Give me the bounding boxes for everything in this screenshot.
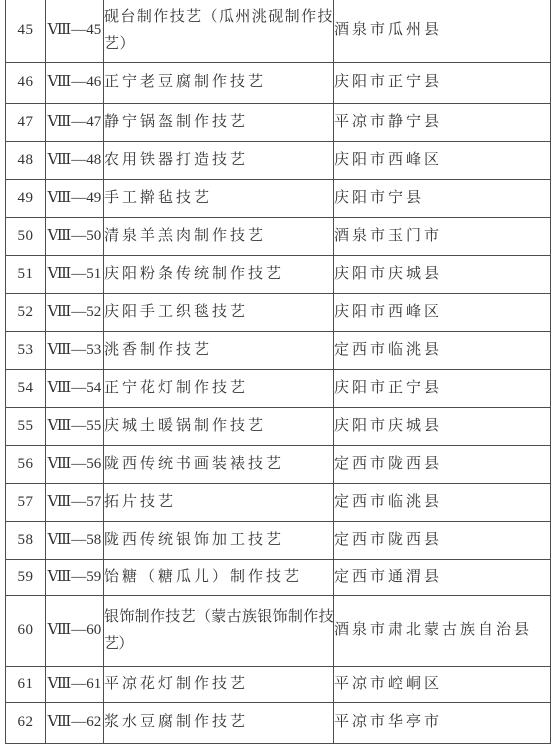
cell-name: 庆阳粉条传统制作技艺 xyxy=(104,255,334,293)
cell-name: 饴糖（糖瓜儿）制作技艺 xyxy=(104,559,334,595)
cell-place: 庆阳市庆城县 xyxy=(334,407,551,445)
cell-number: 53 xyxy=(6,331,46,369)
cell-code: Ⅷ—55 xyxy=(46,407,104,445)
cell-place: 酒泉市肃北蒙古族自治县 xyxy=(334,595,551,666)
cell-code: Ⅷ—53 xyxy=(46,331,104,369)
cell-place: 平凉市崆峒区 xyxy=(334,666,551,702)
cell-code: Ⅷ—47 xyxy=(46,103,104,141)
cell-number: 57 xyxy=(6,483,46,521)
cell-name: 洮香制作技艺 xyxy=(104,331,334,369)
table-row: 56 Ⅷ—56 陇西传统书画装裱技艺 定西市陇西县 xyxy=(6,445,551,483)
cell-place: 平凉市华亭市 xyxy=(334,702,551,743)
table-row: 46 Ⅷ—46 正宁老豆腐制作技艺 庆阳市正宁县 xyxy=(6,62,551,103)
cell-place: 庆阳市正宁县 xyxy=(334,369,551,407)
cell-number: 49 xyxy=(6,179,46,217)
document-page: 45 Ⅷ—45 砚台制作技艺（瓜州洮砚制作技艺） 酒泉市瓜州县 46 Ⅷ—46 … xyxy=(0,0,556,752)
table-row: 49 Ⅷ—49 手工擀毡技艺 庆阳市宁县 xyxy=(6,179,551,217)
cell-name: 陇西传统书画装裱技艺 xyxy=(104,445,334,483)
cell-code: Ⅷ—48 xyxy=(46,141,104,179)
cell-name: 庆阳手工织毯技艺 xyxy=(104,293,334,331)
cell-code: Ⅷ—60 xyxy=(46,595,104,666)
cell-number: 46 xyxy=(6,62,46,103)
table-row: 47 Ⅷ—47 静宁锅盔制作技艺 平凉市静宁县 xyxy=(6,103,551,141)
cell-place: 定西市临洮县 xyxy=(334,483,551,521)
cell-name: 正宁老豆腐制作技艺 xyxy=(104,62,334,103)
table-row: 53 Ⅷ—53 洮香制作技艺 定西市临洮县 xyxy=(6,331,551,369)
cell-place: 定西市临洮县 xyxy=(334,331,551,369)
cell-code: Ⅷ—50 xyxy=(46,217,104,255)
cell-name: 拓片技艺 xyxy=(104,483,334,521)
cell-place: 定西市通渭县 xyxy=(334,559,551,595)
cell-name: 正宁花灯制作技艺 xyxy=(104,369,334,407)
heritage-list-table: 45 Ⅷ—45 砚台制作技艺（瓜州洮砚制作技艺） 酒泉市瓜州县 46 Ⅷ—46 … xyxy=(5,0,551,744)
cell-code: Ⅷ—45 xyxy=(46,0,104,62)
table-row: 54 Ⅷ—54 正宁花灯制作技艺 庆阳市正宁县 xyxy=(6,369,551,407)
cell-name: 浆水豆腐制作技艺 xyxy=(104,702,334,743)
cell-place: 庆阳市西峰区 xyxy=(334,293,551,331)
cell-number: 45 xyxy=(6,0,46,62)
cell-code: Ⅷ—52 xyxy=(46,293,104,331)
cell-name: 庆城土暖锅制作技艺 xyxy=(104,407,334,445)
cell-number: 51 xyxy=(6,255,46,293)
table-row: 50 Ⅷ—50 清泉羊羔肉制作技艺 酒泉市玉门市 xyxy=(6,217,551,255)
cell-number: 56 xyxy=(6,445,46,483)
cell-number: 59 xyxy=(6,559,46,595)
cell-number: 58 xyxy=(6,521,46,559)
cell-name: 银饰制作技艺（蒙古族银饰制作技艺） xyxy=(104,595,334,666)
cell-number: 52 xyxy=(6,293,46,331)
cell-number: 62 xyxy=(6,702,46,743)
table-row: 51 Ⅷ—51 庆阳粉条传统制作技艺 庆阳市庆城县 xyxy=(6,255,551,293)
cell-number: 47 xyxy=(6,103,46,141)
cell-place: 庆阳市正宁县 xyxy=(334,62,551,103)
cell-code: Ⅷ—58 xyxy=(46,521,104,559)
table-row: 61 Ⅷ—61 平凉花灯制作技艺 平凉市崆峒区 xyxy=(6,666,551,702)
table-row: 62 Ⅷ—62 浆水豆腐制作技艺 平凉市华亭市 xyxy=(6,702,551,743)
table-row: 58 Ⅷ—58 陇西传统银饰加工技艺 定西市陇西县 xyxy=(6,521,551,559)
cell-name: 陇西传统银饰加工技艺 xyxy=(104,521,334,559)
table-row: 55 Ⅷ—55 庆城土暖锅制作技艺 庆阳市庆城县 xyxy=(6,407,551,445)
cell-code: Ⅷ—56 xyxy=(46,445,104,483)
cell-number: 61 xyxy=(6,666,46,702)
cell-place: 平凉市静宁县 xyxy=(334,103,551,141)
cell-name: 清泉羊羔肉制作技艺 xyxy=(104,217,334,255)
cell-place: 庆阳市宁县 xyxy=(334,179,551,217)
cell-name: 农用铁器打造技艺 xyxy=(104,141,334,179)
cell-name: 砚台制作技艺（瓜州洮砚制作技艺） xyxy=(104,0,334,62)
cell-code: Ⅷ—51 xyxy=(46,255,104,293)
cell-place: 酒泉市瓜州县 xyxy=(334,0,551,62)
table-row: 57 Ⅷ—57 拓片技艺 定西市临洮县 xyxy=(6,483,551,521)
cell-code: Ⅷ—59 xyxy=(46,559,104,595)
cell-code: Ⅷ—61 xyxy=(46,666,104,702)
table-row: 60 Ⅷ—60 银饰制作技艺（蒙古族银饰制作技艺） 酒泉市肃北蒙古族自治县 xyxy=(6,595,551,666)
cell-code: Ⅷ—57 xyxy=(46,483,104,521)
table-row: 48 Ⅷ—48 农用铁器打造技艺 庆阳市西峰区 xyxy=(6,141,551,179)
cell-code: Ⅷ—62 xyxy=(46,702,104,743)
cell-number: 60 xyxy=(6,595,46,666)
cell-name: 手工擀毡技艺 xyxy=(104,179,334,217)
cell-name: 静宁锅盔制作技艺 xyxy=(104,103,334,141)
cell-place: 酒泉市玉门市 xyxy=(334,217,551,255)
cell-place: 庆阳市西峰区 xyxy=(334,141,551,179)
cell-number: 50 xyxy=(6,217,46,255)
cell-code: Ⅷ—54 xyxy=(46,369,104,407)
table-row: 45 Ⅷ—45 砚台制作技艺（瓜州洮砚制作技艺） 酒泉市瓜州县 xyxy=(6,0,551,62)
cell-place: 庆阳市庆城县 xyxy=(334,255,551,293)
cell-number: 48 xyxy=(6,141,46,179)
cell-number: 55 xyxy=(6,407,46,445)
cell-place: 定西市陇西县 xyxy=(334,445,551,483)
table-row: 59 Ⅷ—59 饴糖（糖瓜儿）制作技艺 定西市通渭县 xyxy=(6,559,551,595)
cell-code: Ⅷ—46 xyxy=(46,62,104,103)
cell-number: 54 xyxy=(6,369,46,407)
cell-code: Ⅷ—49 xyxy=(46,179,104,217)
cell-place: 定西市陇西县 xyxy=(334,521,551,559)
cell-name: 平凉花灯制作技艺 xyxy=(104,666,334,702)
table-row: 52 Ⅷ—52 庆阳手工织毯技艺 庆阳市西峰区 xyxy=(6,293,551,331)
